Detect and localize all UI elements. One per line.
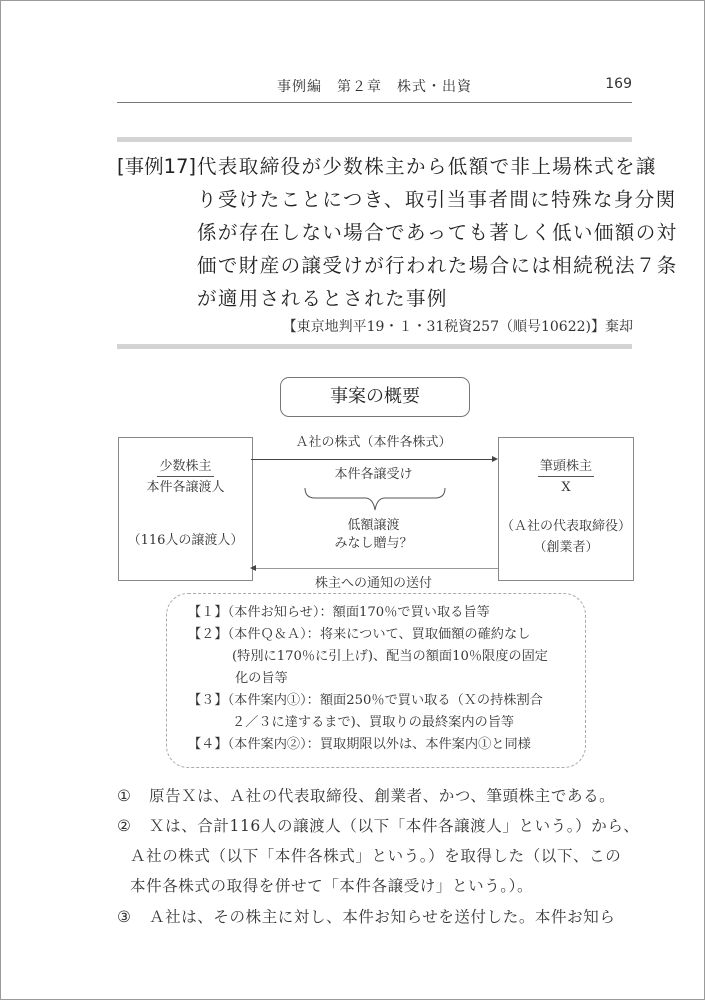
arrow-under-label: 本件各譲受け bbox=[251, 463, 496, 482]
paragraph-line: 本件各株式の取得を併せて「本件各譲受け」という。）。 bbox=[130, 876, 650, 896]
case-bottom-bar bbox=[117, 344, 632, 349]
paragraph-marker: ② bbox=[117, 816, 149, 836]
running-title: 事例編 第２章 株式・出資 bbox=[117, 76, 632, 96]
diagram-title: 事案の概要 bbox=[280, 377, 470, 417]
left-party-note: （116人の譲渡人） bbox=[119, 530, 252, 551]
curly-brace-icon bbox=[303, 486, 447, 512]
note-3-cont: ２／３に達するまで)、買取りの最終案内の旨等 bbox=[232, 712, 514, 733]
note-2: 【２】（本件Ｑ＆Ａ）：将来について、買取価額の確約なし bbox=[188, 624, 530, 645]
paragraph-line: Ａ社の株式（以下「本件各株式」という。）を取得した（以下、この bbox=[130, 846, 650, 866]
case-title-line: 係が存在しない場合であっても著しく低い価額の対 bbox=[197, 216, 635, 249]
left-party-box: 少数株主 本件各譲渡人 （116人の譲渡人） bbox=[118, 437, 253, 581]
note-2-cont: (特別に170％に引上げ)、配当の額面10％限度の固定 bbox=[232, 646, 548, 667]
left-party-name: 本件各譲渡人 bbox=[119, 477, 252, 498]
note-1: 【１】（本件お知らせ）：額面170％で買い取る旨等 bbox=[188, 602, 490, 623]
case-citation: 【東京地判平19・１・31税資257（順号10622)】棄却 bbox=[283, 316, 633, 336]
running-head: 事例編 第２章 株式・出資 169 bbox=[117, 76, 632, 100]
paragraph-line: 原告Ｘは、Ａ社の代表取締役、創業者、かつ、筆頭株主である。 bbox=[149, 787, 615, 805]
body-paragraph-1: ①原告Ｘは、Ａ社の代表取締役、創業者、かつ、筆頭株主である。 bbox=[117, 786, 637, 806]
note-2-cont: 化の旨等 bbox=[235, 668, 288, 689]
right-party-name: X bbox=[499, 477, 633, 498]
right-party-box: 筆頭株主 X （Ａ社の代表取締役） （創業者） bbox=[498, 437, 634, 581]
note-3: 【３】（本件案内①）：額面250％で買い取る（Ｘの持株割合 bbox=[188, 690, 543, 711]
case-title-line: り受けたことにつき、取引当事者間に特殊な身分関 bbox=[197, 183, 635, 216]
case-title: 代表取締役が少数株主から低額で非上場株式を譲 り受けたことにつき、取引当事者間に… bbox=[197, 150, 635, 315]
left-party-role: 少数株主 bbox=[157, 458, 213, 477]
right-party-note1: （Ａ社の代表取締役） bbox=[499, 516, 633, 537]
arrow-left-icon bbox=[253, 568, 498, 569]
paragraph-marker: ① bbox=[117, 786, 149, 806]
body-paragraph-3: ③Ａ社は、その株主に対し、本件お知らせを送付した。本件お知ら bbox=[117, 907, 637, 927]
case-title-line: が適用されるとされた事例 bbox=[197, 282, 635, 315]
page-number: 169 bbox=[605, 76, 632, 92]
arrow-top-label: Ａ社の株式（本件各株式） bbox=[251, 431, 496, 450]
case-label: [事例17] bbox=[117, 150, 196, 183]
right-party-role: 筆頭株主 bbox=[538, 458, 594, 477]
case-title-line: 代表取締役が少数株主から低額で非上場株式を譲 bbox=[197, 150, 635, 183]
note-4: 【４】（本件案内②）：買取期限以外は、本件案内①と同様 bbox=[188, 734, 531, 755]
header-divider bbox=[117, 102, 632, 103]
arrow-right-icon bbox=[251, 459, 496, 460]
paragraph-marker: ③ bbox=[117, 907, 149, 927]
arrow-bottom-label: 株主への通知の送付 bbox=[251, 572, 496, 591]
body-paragraph-2: ②Ｘは、合計116人の譲渡人（以下「本件各譲渡人」という。）から、 bbox=[117, 816, 637, 836]
paragraph-line: Ｘは、合計116人の譲渡人（以下「本件各譲渡人」という。）から、 bbox=[149, 817, 640, 835]
right-party-note2: （創業者） bbox=[499, 537, 633, 558]
brace-label-1: 低額譲渡 bbox=[251, 514, 496, 533]
case-title-line: 価で財産の譲受けが行われた場合には相続税法７条 bbox=[197, 249, 635, 282]
paragraph-line: Ａ社は、その株主に対し、本件お知らせを送付した。本件お知ら bbox=[149, 908, 615, 926]
brace-label-2: みなし贈与？ bbox=[251, 532, 496, 551]
case-top-bar bbox=[117, 137, 632, 142]
